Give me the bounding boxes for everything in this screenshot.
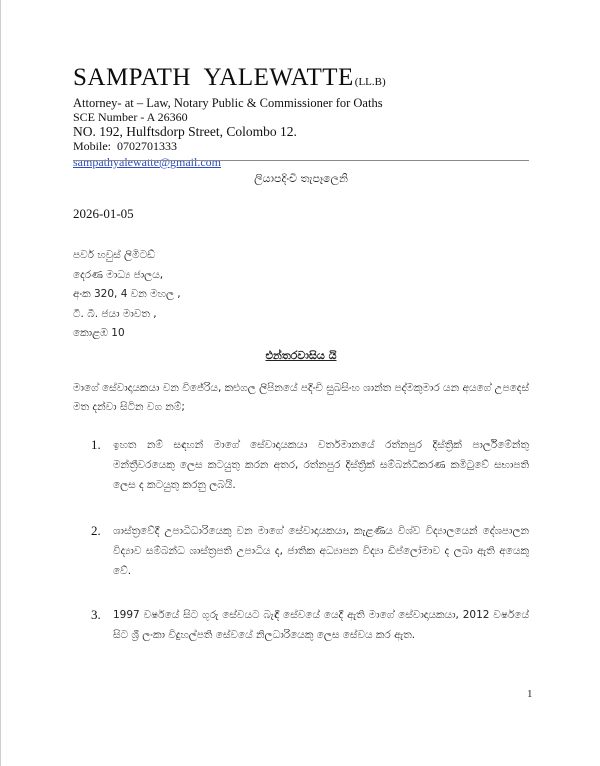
list-item-number: 2. (91, 521, 113, 581)
mobile-number: Mobile: 0702701333 (73, 139, 533, 153)
address-line: ටී. බී. ජයා මාවත , (73, 305, 181, 325)
intro-paragraph: මාගේ සේවාදායකයා වන විජේරිය, කළුගල ලිපිනය… (73, 379, 529, 417)
list-item-text: ශාස්ත්‍රවේදී උපාධිධාරියෙකු වන මාගේ සේවාද… (113, 521, 529, 581)
email-link[interactable]: sampathyalewatte@gmail.com (73, 155, 221, 169)
list-item-text: 1997 වර්ෂයේ සිට ගුරු සේවයට බැඳී සේවයේ යෙ… (113, 605, 529, 645)
letter-date: 2026-01-05 (73, 206, 134, 222)
letterhead: SAMPATH YALEWATTE(LL.B) Attorney- at – L… (73, 64, 533, 171)
professional-title: Attorney- at – Law, Notary Public & Comm… (73, 96, 533, 110)
subject-text: එන්තරවාසිය යි (265, 349, 336, 362)
address-line: කොළඹ 10 (73, 324, 181, 344)
office-address: NO. 192, Hulftsdorp Street, Colombo 12. (73, 124, 533, 139)
list-item: 1. ඉහත නම් සඳහන් මාගේ සේවාදායකයා වර්තමාන… (91, 435, 529, 495)
lawyer-name-text: SAMPATH YALEWATTE (73, 64, 354, 91)
list-item: 3. 1997 වර්ෂයේ සිට ගුරු සේවයට බැඳී සේවයේ… (91, 605, 529, 645)
document-page: SAMPATH YALEWATTE(LL.B) Attorney- at – L… (0, 0, 600, 766)
delivery-method: ලියාපදිංචි තැපෑලෙනි (1, 172, 600, 186)
page-number: 1 (527, 688, 533, 700)
list-item-number: 3. (91, 605, 113, 645)
address-line: අංක 320, 4 වන මහල , (73, 285, 181, 305)
address-line: දෙරණ මාධ්‍ය ජාලය, (73, 266, 181, 286)
qualification: (LL.B) (355, 76, 386, 88)
sce-number: SCE Number - A 26360 (73, 110, 533, 124)
list-item: 2. ශාස්ත්‍රවේදී උපාධිධාරියෙකු වන මාගේ සේ… (91, 521, 529, 581)
lawyer-name: SAMPATH YALEWATTE(LL.B) (73, 64, 533, 96)
list-item-text: ඉහත නම් සඳහන් මාගේ සේවාදායකයා වර්තමානයේ … (113, 435, 529, 495)
letter-subject: එන්තරවාසිය යි (1, 349, 600, 363)
recipient-address: පවර් හවුස් ලිමිටඩ් දෙරණ මාධ්‍ය ජාලය, අංක… (73, 246, 181, 344)
list-item-number: 1. (91, 435, 113, 495)
letterhead-divider (73, 160, 529, 161)
address-line: පවර් හවුස් ලිමිටඩ් (73, 246, 181, 266)
